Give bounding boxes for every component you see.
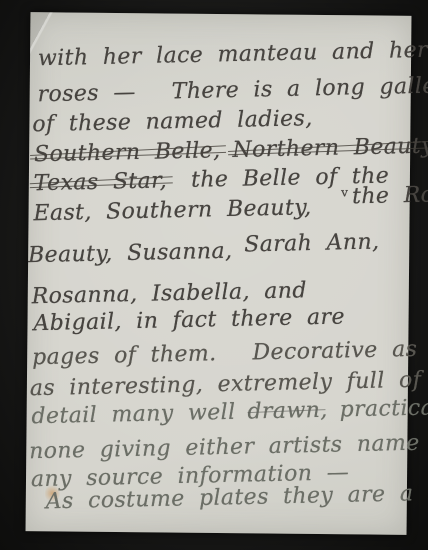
handwritten-text: Beauty, Susanna, [28,239,233,268]
handwritten-text: detail many well [31,400,236,429]
handwritten-text-struck: Northern Beauty, [232,133,428,162]
handwritten-text: Rosanna, Isabella, and [31,278,307,309]
handwritten-text: Sarah Ann, [244,230,380,258]
handwritten-line: Rosanna, Isabella, and [31,278,307,309]
handwritten-text-inserted: the Royal [352,182,428,210]
handwritten-line: Texas Star,the Belle of the [34,163,390,196]
handwritten-text-struck: drawn, [247,398,328,425]
handwritten-text: Decorative as well [252,335,428,365]
handwritten-line: with her lace manteau and her [38,38,428,72]
insertion-caret-mark: v [341,185,348,199]
handwritten-line: detail many welldrawn,practically [31,395,428,429]
handwritten-line: none giving either artists name or [29,430,428,464]
photo-background: with her lace manteau and her roses —The… [0,0,428,550]
handwritten-line: pages of them.Decorative as well [32,335,428,370]
handwritten-line: roses —There is a long gallery [37,73,428,107]
handwritten-text: of these named ladies, [32,106,313,137]
handwritten-text-struck: Southern Belle, [34,138,221,167]
handwritten-text: There is a long gallery [171,73,428,104]
handwritten-text: none giving either artists name or [29,430,428,464]
handwritten-text: pages of them. [32,341,217,370]
handwritten-line: Abigail, in fact there are [33,304,345,336]
handwritten-text: with her lace manteau and her [38,38,428,72]
handwritten-text: East, Southern Beauty, [33,195,312,226]
handwritten-line: Southern Belle,Northern Beauty, [34,133,428,167]
handwritten-text: roses — [37,80,136,107]
handwritten-line: East, Southern Beauty,vthe Royal [33,192,428,226]
handwritten-line: of these named ladies, [32,106,313,137]
handwritten-text: practically [339,395,428,423]
handwritten-text-struck: Texas Star, [34,168,168,196]
manuscript-page: with her lace manteau and her roses —The… [26,12,412,535]
handwritten-line: Beauty, Susanna,Sarah Ann, [28,236,380,269]
handwritten-text: Abigail, in fact there are [33,304,345,336]
